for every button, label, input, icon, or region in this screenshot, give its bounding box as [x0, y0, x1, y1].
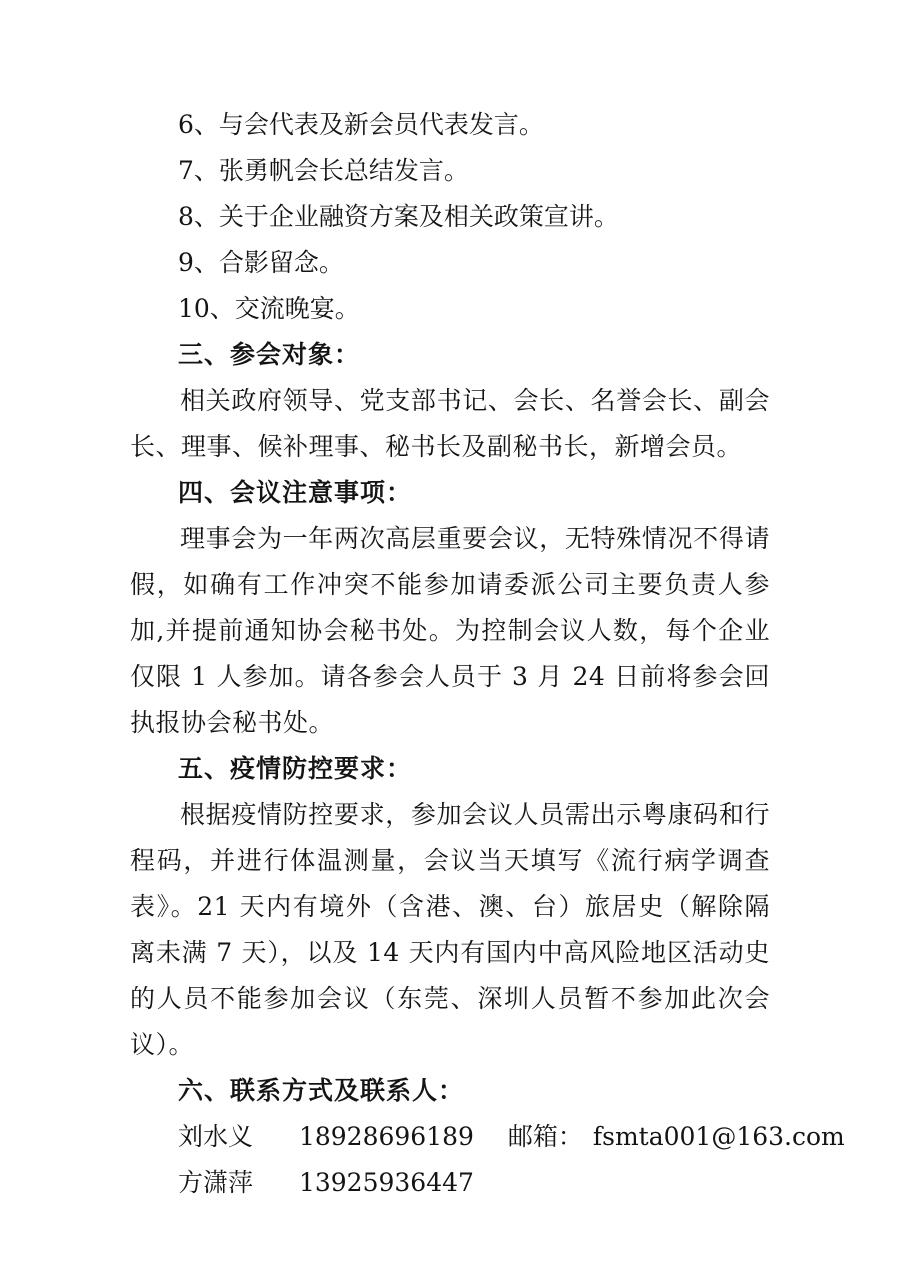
section-heading-contacts: 六、联系方式及联系人： — [130, 1068, 770, 1114]
contact-name: 刘水义 — [178, 1122, 253, 1151]
agenda-item-7: 7、张勇帆会长总结发言。 — [130, 148, 770, 194]
section-paragraph-epidemic-control: 根据疫情防控要求，参加会议人员需出示粤康码和行程码，并进行体温测量，会议当天填写… — [130, 792, 770, 1068]
agenda-item-8: 8、关于企业融资方案及相关政策宣讲。 — [130, 194, 770, 240]
contact-row-1: 刘水义 18928696189 邮箱： fsmta001@163.com — [130, 1114, 770, 1160]
agenda-item-10: 10、交流晚宴。 — [130, 286, 770, 332]
contact-phone: 13925936447 — [299, 1168, 474, 1197]
document-page: 6、与会代表及新会员代表发言。 7、张勇帆会长总结发言。 8、关于企业融资方案及… — [0, 0, 900, 1273]
section-heading-epidemic-control: 五、疫情防控要求： — [130, 746, 770, 792]
contact-email-label: 邮箱： — [508, 1122, 583, 1151]
contact-name: 方潇萍 — [178, 1168, 253, 1197]
section-paragraph-participants: 相关政府领导、党支部书记、会长、名誉会长、副会长、理事、候补理事、秘书长及副秘书… — [130, 378, 770, 470]
contact-row-2: 方潇萍 13925936447 — [130, 1160, 770, 1206]
agenda-item-6: 6、与会代表及新会员代表发言。 — [130, 102, 770, 148]
agenda-item-9: 9、合影留念。 — [130, 240, 770, 286]
contact-phone: 18928696189 — [299, 1122, 474, 1151]
section-heading-participants: 三、参会对象： — [130, 332, 770, 378]
section-paragraph-meeting-notes: 理事会为一年两次高层重要会议，无特殊情况不得请假，如确有工作冲突不能参加请委派公… — [130, 516, 770, 746]
section-heading-meeting-notes: 四、会议注意事项： — [130, 470, 770, 516]
contact-email: fsmta001@163.com — [593, 1122, 845, 1151]
